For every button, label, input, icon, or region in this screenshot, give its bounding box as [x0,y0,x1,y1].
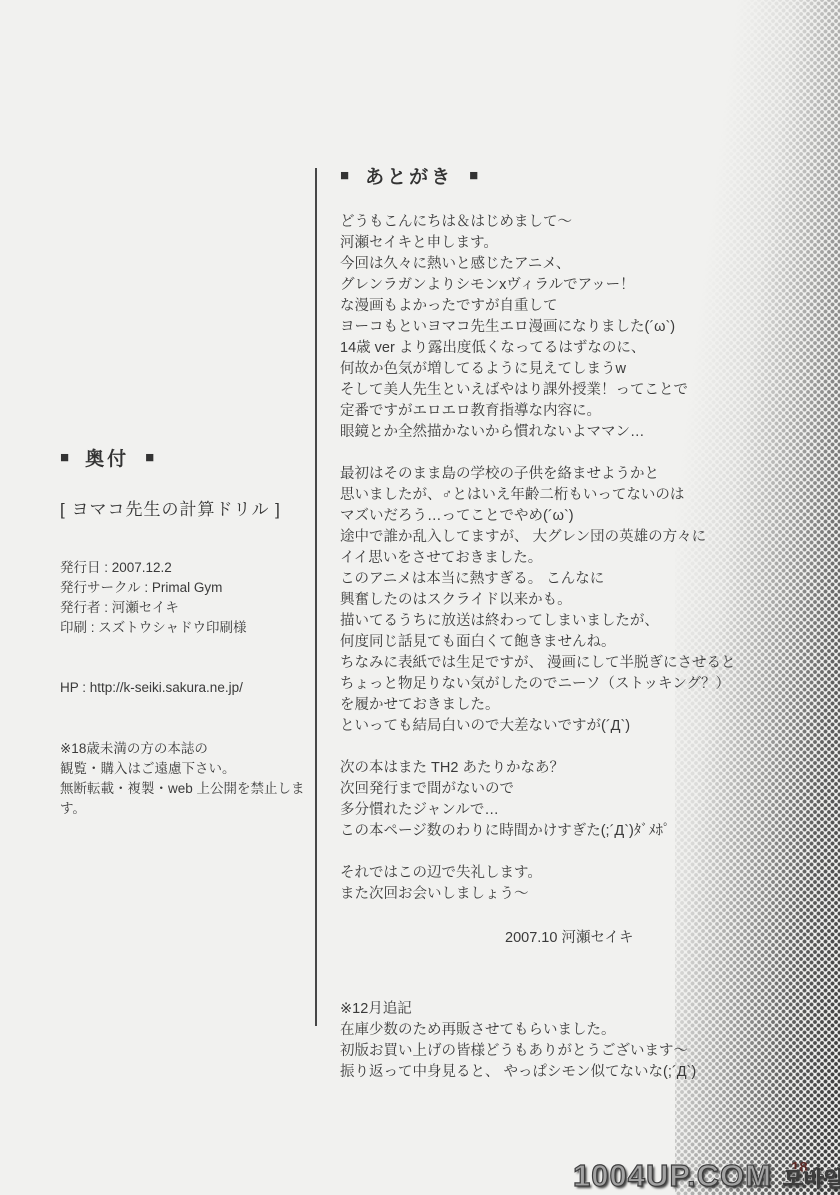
afterword-heading-label: あとがき [365,162,453,189]
watermark: 1004UP.COM 모바일 무료야동 천사티비 [573,1158,840,1194]
colophon-heading-label: 奥付 [85,444,129,471]
square-icon: ■ [340,168,349,183]
afterword-paragraph: それではこの辺で失礼します。 また次回お会いしましょう～ [340,863,745,905]
colophon-section: ■ 奥付 ■ [ ヨマコ先生の計算ドリル ] 発行日 : 2007.12.2 発… [60,444,308,819]
age-restriction-notice: ※18歳未満の方の本誌の 観覧・購入はご遠慮下さい。 無断転載・複製・web 上… [60,739,308,819]
watermark-site-text: 1004UP.COM [573,1158,772,1194]
book-title: [ ヨマコ先生の計算ドリル ] [60,495,308,520]
afterword-paragraph: 次の本はまた TH2 あたりかなあ？ 次回発行まで間がないので 多分慣れたジャン… [340,758,745,842]
afterword-paragraph: どうもこんにちは＆はじめまして～ 河瀬セイキと申します。 今回は久々に熱いと感じ… [340,212,745,443]
publication-details: 発行日 : 2007.12.2 発行サークル : Primal Gym 発行者 … [60,558,308,638]
column-divider [315,168,317,1026]
square-icon: ■ [60,450,69,465]
watermark-korean-text: 모바일 무료야동 천사티비 [783,1163,840,1193]
afterword-section: ■ あとがき ■ どうもこんにちは＆はじめまして～ 河瀬セイキと申します。 今回… [340,162,745,1083]
author-signature: 2007.10 河瀬セイキ [505,926,745,947]
homepage-url: HP : http://k-seiki.sakura.ne.jp/ [60,680,308,695]
square-icon: ■ [469,168,478,183]
december-postscript: ※12月追記 在庫少数のため再販させてもらいました。 初版お買い上げの皆様どうも… [340,999,745,1083]
colophon-heading: ■ 奥付 ■ [60,444,308,471]
afterword-paragraph: 最初はそのまま島の学校の子供を絡ませようかと 思いましたが、♂とはいえ年齢二桁も… [340,464,745,737]
afterword-heading: ■ あとがき ■ [340,162,745,189]
square-icon: ■ [145,450,154,465]
